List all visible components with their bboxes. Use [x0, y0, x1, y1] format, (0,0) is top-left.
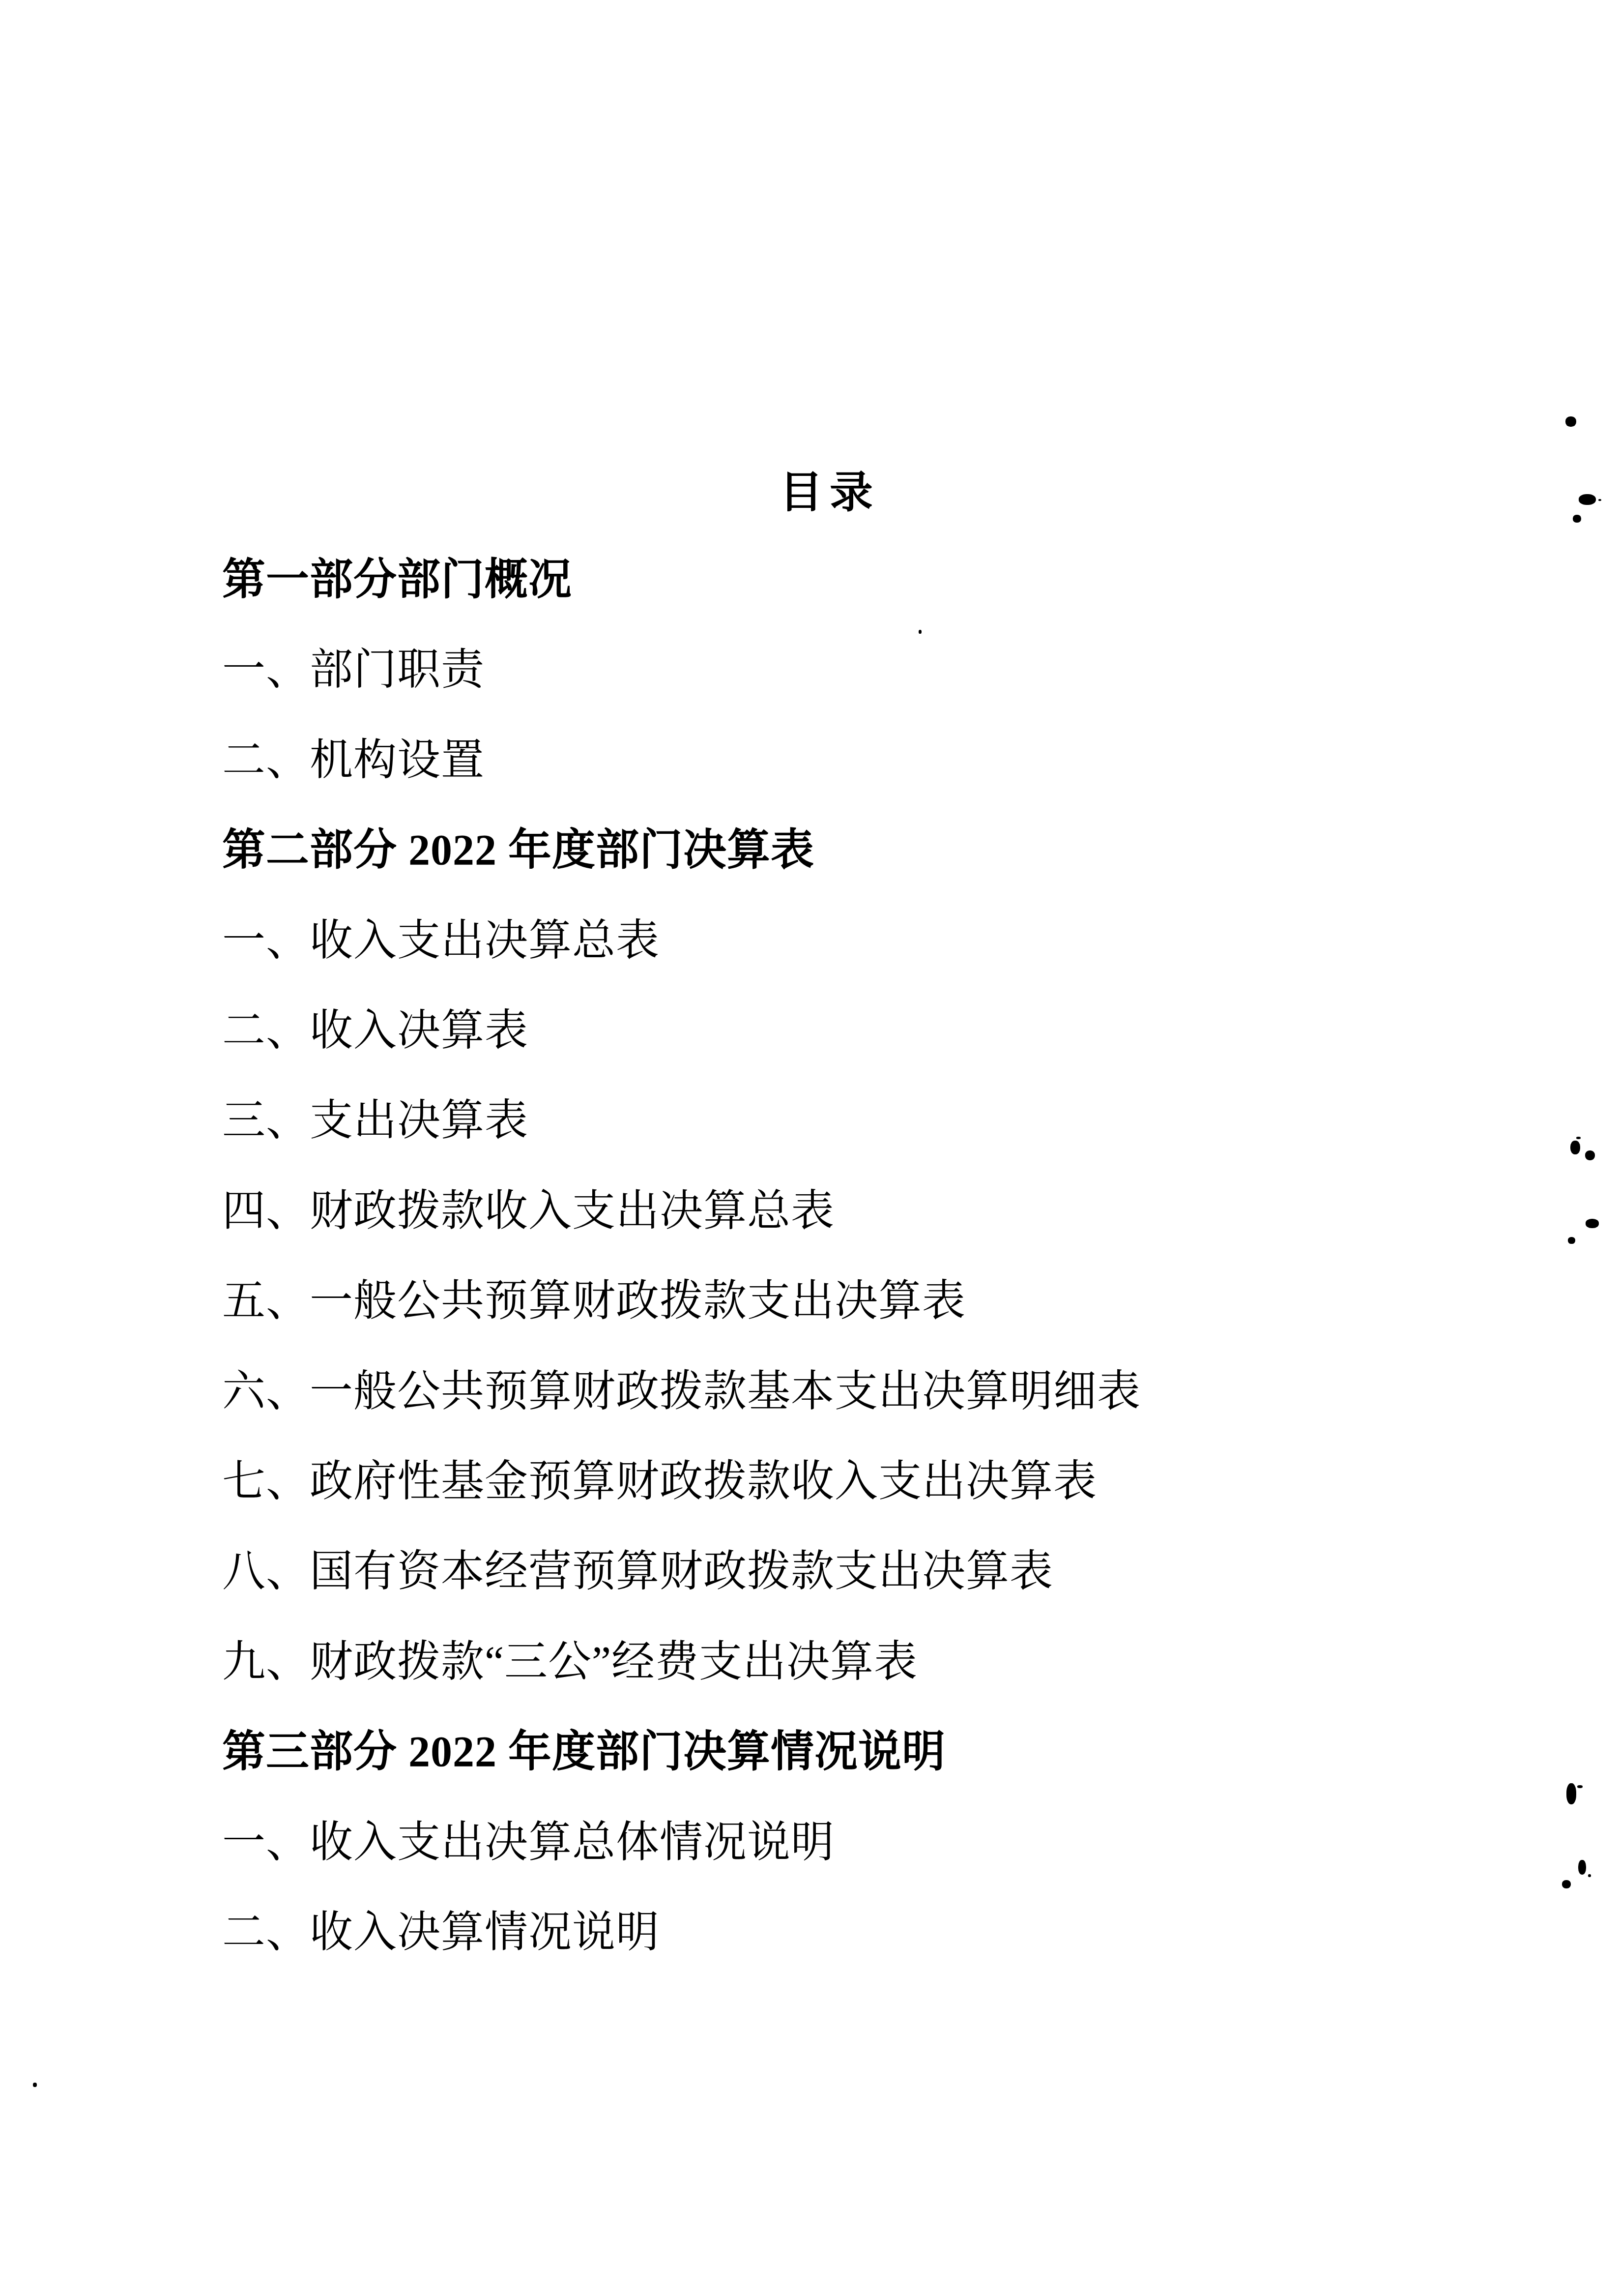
toc-item-part3-1: 一、收入支出决算总体情况说明: [222, 1819, 835, 1866]
toc-item-part2-2: 二、收入决算表: [222, 1007, 528, 1055]
toc-item-part2-8: 八、国有资本经营预算财政拨款支出决算表: [222, 1548, 1053, 1595]
ink-speck: [1573, 515, 1581, 523]
ink-speck: [1576, 1137, 1581, 1139]
toc-item-part2-7: 七、政府性基金预算财政拨款收入支出决算表: [222, 1458, 1097, 1505]
toc-item-part2-5: 五、一般公共预算财政拨款支出决算表: [222, 1278, 966, 1325]
ink-speck: [1598, 499, 1601, 501]
toc-heading-part1: 第一部分部门概况: [222, 557, 572, 604]
toc-item-part2-9: 九、财政拨款“三公”经费支出决算表: [222, 1639, 918, 1686]
toc-item-part1-2: 二、机构设置: [222, 737, 485, 784]
ink-speck: [1585, 1150, 1595, 1160]
ink-speck: [1579, 494, 1596, 505]
ink-speck: [1578, 1860, 1586, 1875]
ink-speck: [1568, 1237, 1575, 1244]
ink-speck: [1588, 1874, 1591, 1877]
ink-speck: [1565, 416, 1576, 427]
toc-item-part1-1: 一、部门职责: [222, 647, 485, 694]
ink-speck: [1586, 1219, 1599, 1228]
toc-item-part2-1: 一、收入支出决算总表: [222, 917, 660, 965]
ink-speck: [1562, 1880, 1571, 1888]
toc-item-part2-4: 四、财政拨款收入支出决算总表: [222, 1188, 835, 1235]
ink-speck: [1577, 1785, 1583, 1788]
ink-speck: [1566, 1783, 1576, 1804]
toc-heading-part2: 第二部分 2022 年度部门决算表: [222, 827, 814, 874]
toc-item-part2-6: 六、一般公共预算财政拨款基本支出决算明细表: [222, 1368, 1141, 1415]
ink-speck: [1570, 1141, 1580, 1154]
ink-speck: [919, 630, 922, 634]
scanned-document-page: 目录 第一部分部门概况 一、部门职责 二、机构设置 第二部分 2022 年度部门…: [0, 0, 1619, 2296]
ink-speck: [33, 2083, 37, 2087]
toc-heading-part3: 第三部分 2022 年度部门决算情况说明: [222, 1729, 946, 1776]
toc-item-part3-2: 二、收入决算情况说明: [222, 1909, 660, 1956]
page-title: 目录: [780, 470, 880, 517]
toc-item-part2-3: 三、支出决算表: [222, 1097, 528, 1145]
